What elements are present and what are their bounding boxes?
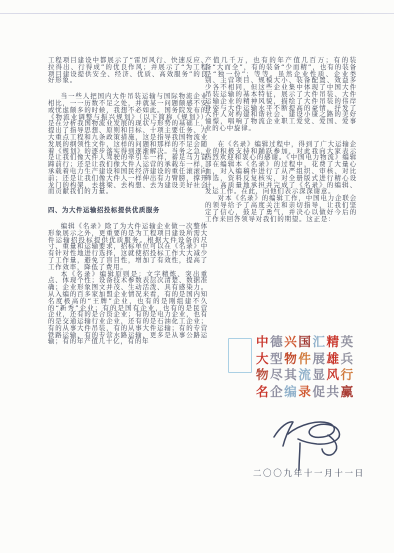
section-heading: 四、为大件运输招投标提供优质服务 <box>48 207 208 214</box>
paragraph: 本《名录》编辑原则是：文字精炼、突出重点、体现个性；设备技术参数表层次清楚、数据… <box>48 271 208 346</box>
paragraph: 产值几千万，也有的年产值几百万；有的装备“大而全”，有的装备“少而精”，也有的装… <box>205 57 357 132</box>
scan-edge-line <box>0 13 394 14</box>
paragraph: 对本《名录》的编辑工作，中国电力企联会的领导给予了高度关注和亲切指导，让我们坚定… <box>205 195 357 222</box>
left-text-column: 工程项目建设中都展示了“雷厉风行、快速反应、拉得出、行得成”的优良作风；并展示了… <box>48 57 208 345</box>
paragraph: 工程项目建设中都展示了“雷厉风行、快速反应、拉得出、行得成”的优良作风；并展示了… <box>48 57 208 84</box>
paragraph: 当一些人把国内大件吊装运输与国际物流企业相比，一一历数不足之处，并就某一问题颇感… <box>48 93 208 195</box>
stamp-placeholder-box <box>228 338 252 373</box>
date-line: 二〇〇九年十一月十一日 <box>253 467 383 479</box>
paragraph: 编辑《名录》除了为大件运输企业做一次整体形象展示之外，更重要的是为工程项目建设所… <box>48 223 208 271</box>
right-text-column: 产值几千万，也有的年产值几百万；有的装备“大而全”，有的装备“少而精”，也有的装… <box>205 57 357 222</box>
poem-line: 物尽其流显风行 <box>256 367 366 384</box>
paragraph: 在《名录》编辑过程中，得到了广大运输企业的积极支持和踊跃参加，对此我向大家表示热… <box>205 141 357 195</box>
poem-line: 中德兴国汇精英 <box>256 334 366 351</box>
handwritten-signature <box>260 413 356 473</box>
red-acrostic-poem: 中德兴国汇精英大型物件展雄兵物尽其流显风行名企编录促共赢 <box>256 334 366 400</box>
poem-line: 名企编录促共赢 <box>256 384 366 401</box>
poem-line: 大型物件展雄兵 <box>256 351 366 368</box>
scanned-document-page: 工程项目建设中都展示了“雷厉风行、快速反应、拉得出、行得成”的优良作风；并展示了… <box>0 0 394 553</box>
